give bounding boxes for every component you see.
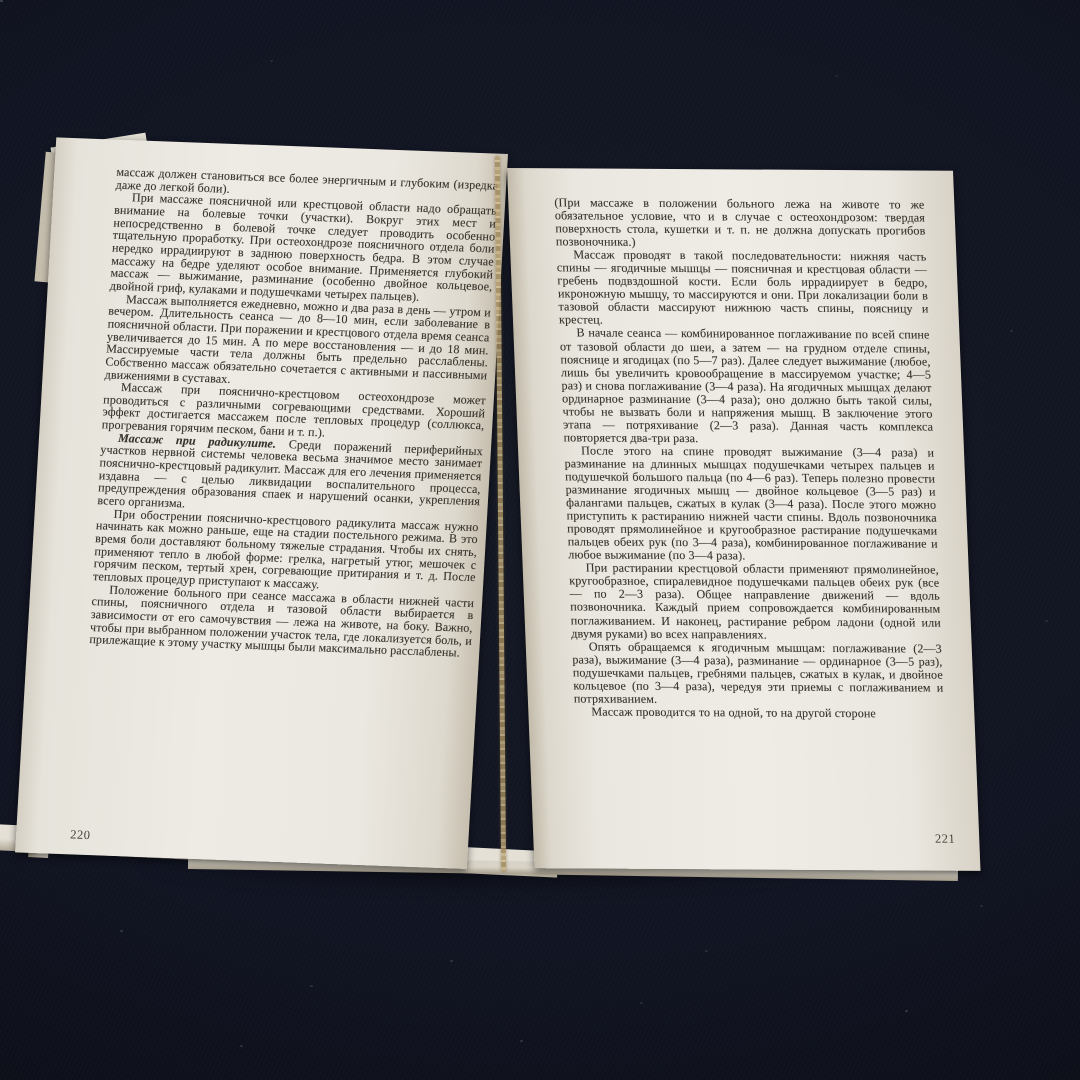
paragraph: При растирании крестцовой области примен…	[568, 562, 941, 643]
open-book: массаж должен становиться все более энер…	[18, 138, 980, 890]
right-page: (При массаже в положении больного лежа н…	[507, 168, 981, 871]
left-page-text: массаж должен становиться все более энер…	[89, 166, 498, 660]
right-page-text: (При массаже в положении больного лежа н…	[554, 196, 945, 720]
left-page: массаж должен становиться все более энер…	[15, 137, 508, 869]
paragraph: (При массаже в положении больного лежа н…	[554, 196, 926, 250]
right-page-number: 221	[935, 832, 956, 847]
dust-specks	[0, 0, 3, 2]
paragraph: Массаж выполняется ежедневно, можно и дв…	[104, 292, 491, 394]
paragraph: Массаж проводится то на одной, то на дру…	[574, 705, 945, 720]
left-page-number: 220	[70, 827, 91, 843]
paragraph: Положение больного при сеансе массажа в …	[89, 583, 474, 660]
paragraph: После этого на спине проводят выжимание …	[564, 444, 939, 564]
paragraph: Опять обращаемся к ягодичным мышцам: пог…	[572, 640, 945, 708]
book-photo: массаж должен становиться все более энер…	[0, 0, 1080, 1080]
paragraph: При массаже поясничной или крестцовой об…	[109, 191, 497, 306]
paragraph: В начале сеанса — комбинированное поглаж…	[559, 327, 934, 447]
paragraph: Массаж проводят в такой последовательнос…	[556, 248, 929, 329]
binding-gutter	[495, 156, 506, 872]
